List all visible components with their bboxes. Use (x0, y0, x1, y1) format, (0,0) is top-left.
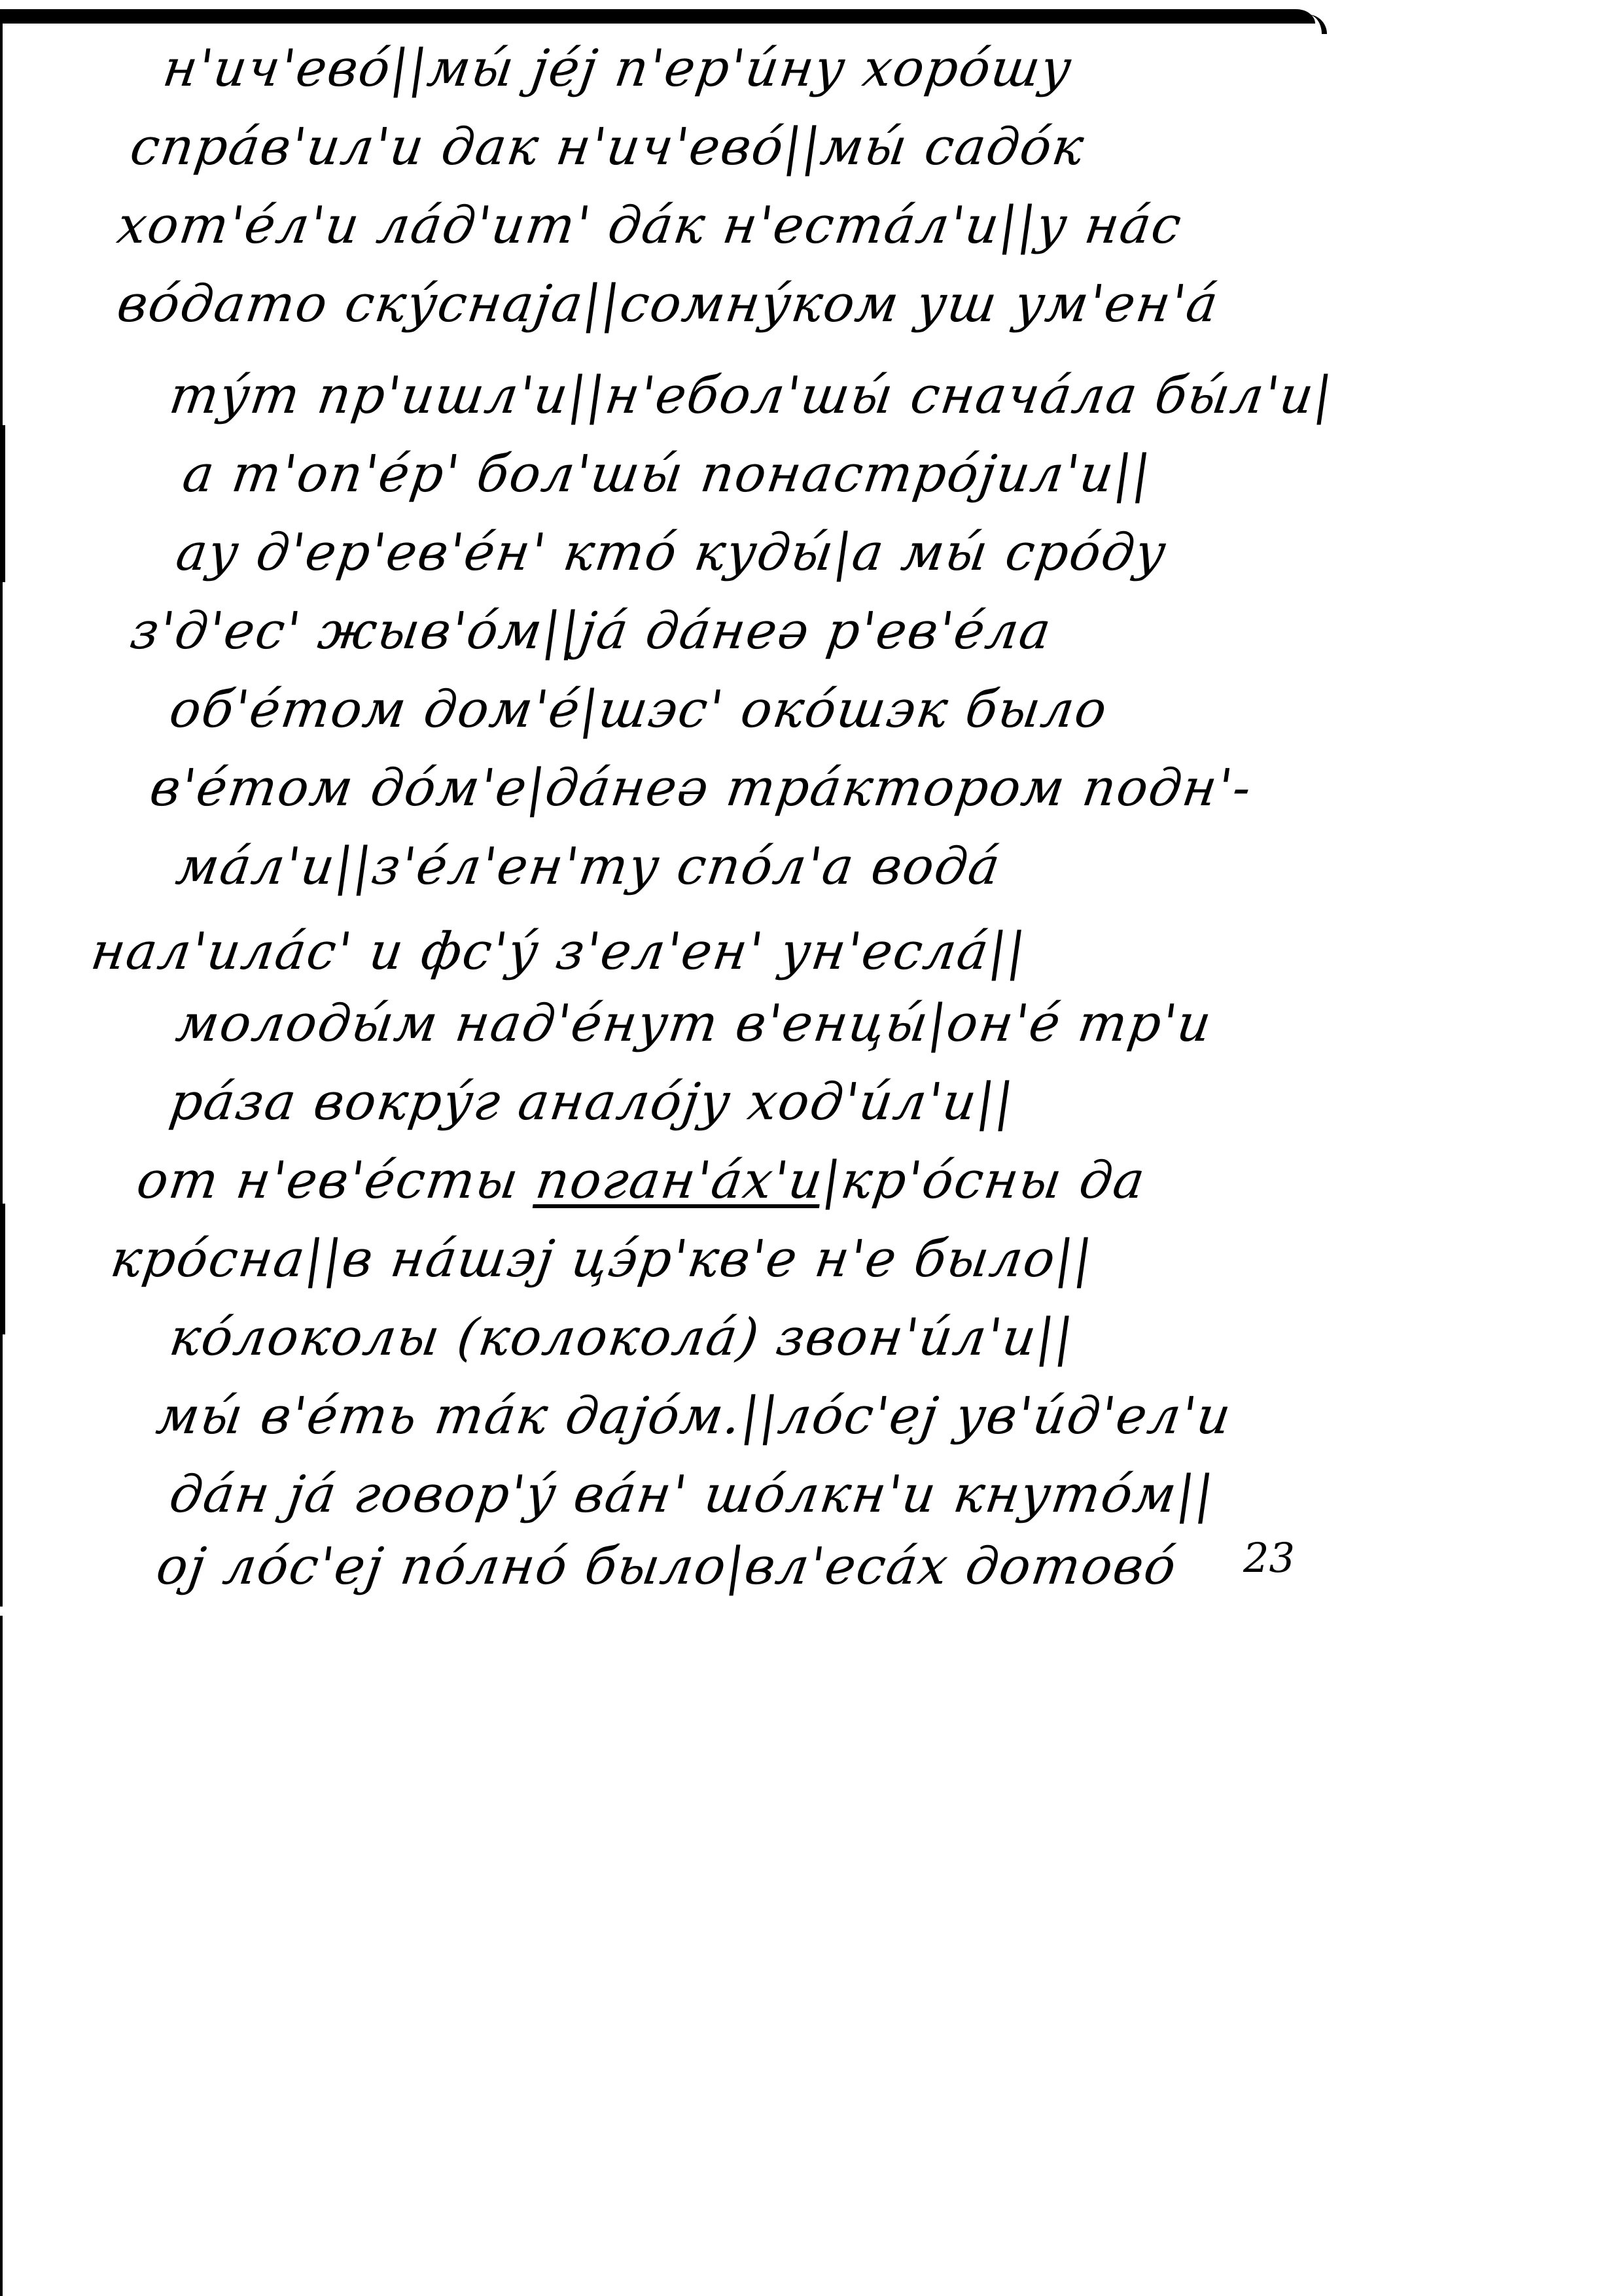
text-line-2: спра́в'ил'и дак н'ич'ево́||мы́ садо́к (127, 118, 1089, 177)
text-line-17: ко́локолы (колокола́) звон'и́л'и|| (166, 1308, 1078, 1367)
text-line-11: ма́л'и||з'е́л'ен'ту спо́л'а вода́ (173, 837, 1005, 896)
text-line-7: ау д'ер'ев'е́н' кто́ куды́|а мы́ сро́ду (173, 523, 1171, 582)
text-line-5: ту́т пр'ишл'и||н'ебол'шы́ снача́ла бы́л'… (166, 366, 1337, 425)
text-line-16: кро́сна||в на́шэj цэ́р'кв'е н'е было|| (107, 1230, 1097, 1289)
text-line-15: от н'ев'е́сты поган'а́х'и|кр'о́сны да (133, 1151, 1150, 1210)
text-line-18: мы́ в'е́ть та́к даjо́м.||ло́с'еj ув'и́д'… (153, 1387, 1235, 1446)
text-line-20: оj ло́с'еj по́лно́ было|вл'еса́х дотово́ (153, 1537, 1181, 1596)
page-number: 23 (1243, 1534, 1295, 1582)
underlined-word: поган'а́х'и (532, 1151, 827, 1210)
text-line-4: во́дато ску́снаjа||сомну́ком уш ум'ен'а́ (114, 275, 1223, 334)
text-line-19: да́н jа́ говор'у́ ва́н' шо́лкн'и кнуто́м… (166, 1465, 1218, 1524)
text-line-12: нал'ила́с' и фс'у́ з'ел'ен' ун'есла́|| (88, 922, 1031, 981)
text-line-10: в'е́том до́м'е|да́неə тра́ктором подн'- (147, 759, 1256, 818)
handwritten-text-body: н'ич'ево́||мы́ jе́j п'ер'и́ну хоро́шу сп… (0, 0, 1607, 2296)
text-line-1: н'ич'ево́||мы́ jе́j п'ер'и́ну хоро́шу (160, 39, 1076, 98)
text-line-3: хот'е́л'и ла́д'ит' да́к н'еста́л'и||у на… (114, 196, 1186, 255)
text-line-13: молоды́м над'е́нут в'енцы́|он'е́ тр'и (173, 994, 1216, 1053)
text-line-14: ра́за вокру́г анало́jу ход'и́л'и|| (166, 1073, 1018, 1132)
text-line-6: а т'оп'е́р' бол'шы́ понастро́jил'и|| (179, 445, 1156, 504)
text-line-9: об'е́том дом'е́|шэс' око́шэк было (166, 680, 1112, 739)
text-line-8: з'д'ес' жыв'о́м||jа́ да́неə р'ев'е́ла (127, 602, 1055, 661)
